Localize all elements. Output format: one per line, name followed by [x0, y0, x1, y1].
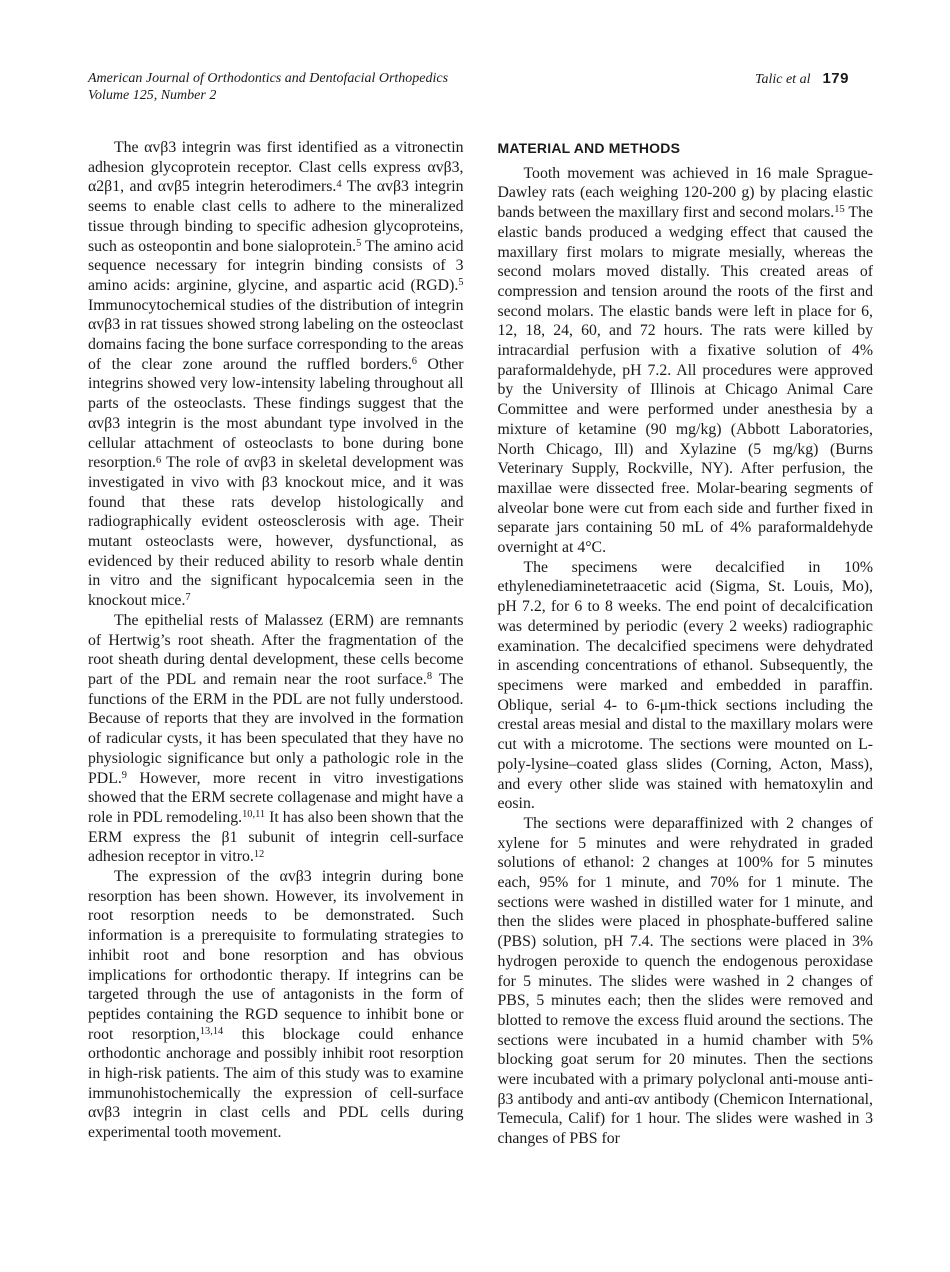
paragraph-staining-protocol: The sections were deparaffinized with 2 …	[498, 814, 874, 1149]
paragraph-erm: The epithelial rests of Malassez (ERM) a…	[88, 611, 464, 867]
journal-page: American Journal of Orthodontics and Den…	[0, 0, 950, 1272]
citation-superscript: 9	[122, 770, 127, 781]
citation-superscript: 5	[356, 238, 361, 249]
citation-superscript: 8	[427, 671, 432, 682]
section-heading-material-and-methods: MATERIAL AND METHODS	[498, 139, 874, 159]
right-column: MATERIAL AND METHODS Tooth movement was …	[498, 138, 874, 1149]
running-authors: Talic et al	[755, 72, 811, 87]
citation-superscript: 5	[458, 277, 463, 288]
citation-superscript: 10,11	[242, 809, 265, 820]
left-column: The αvβ3 integrin was first identified a…	[88, 138, 464, 1149]
running-authors-block: Talic et al179	[755, 71, 849, 89]
paragraph-study-aim: The expression of the αvβ3 integrin duri…	[88, 867, 464, 1143]
paragraph-intro-integrin: The αvβ3 integrin was first identified a…	[88, 138, 464, 611]
journal-title: American Journal of Orthodontics and Den…	[88, 71, 448, 88]
page-number: 179	[822, 70, 849, 87]
citation-superscript: 7	[185, 592, 190, 603]
article-body: The αvβ3 integrin was first identified a…	[88, 138, 873, 1149]
paragraph-specimen-prep: The specimens were decalcified in 10% et…	[498, 558, 874, 814]
citation-superscript: 6	[156, 455, 161, 466]
journal-issue: Volume 125, Number 2	[88, 88, 448, 105]
citation-superscript: 6	[412, 356, 417, 367]
paragraph-tooth-movement: Tooth movement was achieved in 16 male S…	[498, 164, 874, 558]
journal-title-block: American Journal of Orthodontics and Den…	[88, 71, 448, 104]
citation-superscript: 15	[834, 204, 844, 215]
citation-superscript: 4	[336, 179, 341, 190]
citation-superscript: 13,14	[200, 1026, 223, 1037]
citation-superscript: 12	[254, 849, 264, 860]
